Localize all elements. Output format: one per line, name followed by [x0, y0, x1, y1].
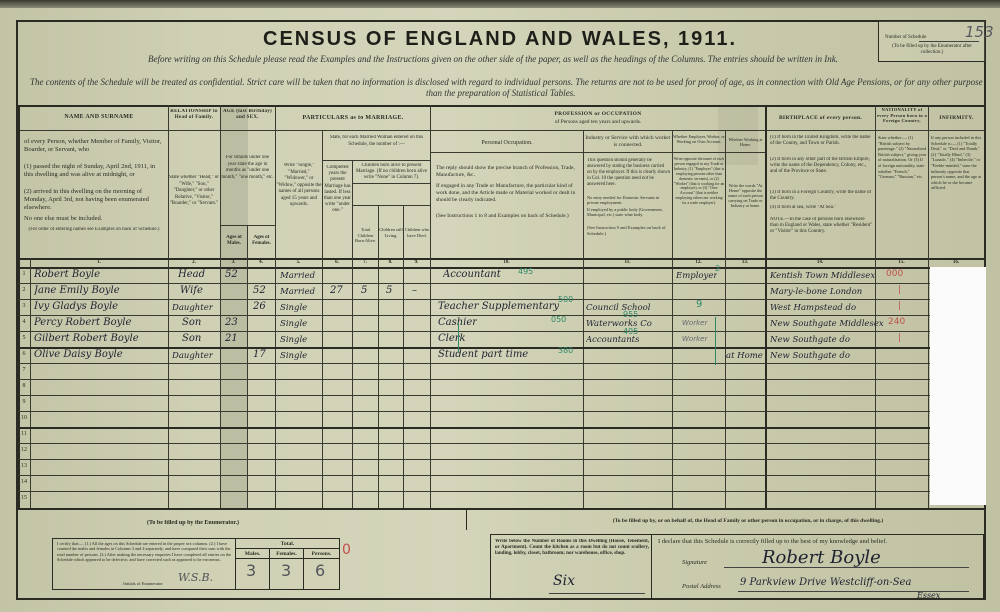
confidential-line-2: than the preparation of Statistical Tabl… — [426, 88, 575, 98]
header-birthplace-body-3: (3) If born in a Foreign Country, write … — [770, 190, 873, 202]
age-female: 52 — [253, 285, 266, 296]
postal-address: 9 Parkview Drive Westcliff-on-Sea — [740, 577, 911, 588]
industry: Council School — [586, 303, 650, 313]
birthplace-code: 240 — [888, 317, 905, 327]
address-label: Postal Address — [682, 583, 742, 591]
marital-status: Single — [280, 335, 307, 345]
scan-edge — [0, 0, 1000, 8]
occupation-code: 050 — [551, 315, 566, 324]
birthplace: New Southgate do — [770, 351, 850, 361]
person-name: Percy Robert Boyle — [34, 317, 131, 328]
age-female: 17 — [253, 349, 266, 360]
bottom-section: (To be filled up by the Enumerator.) I c… — [18, 510, 986, 598]
occupation-code: 500 — [558, 295, 573, 304]
header-industry-body-3: If employed by a public body (Government… — [587, 207, 670, 217]
census-table: NAME AND SURNAME of every Person, whethe… — [18, 105, 986, 510]
declaration-text: I declare that this Schedule is correctl… — [658, 538, 978, 546]
enumerator-initials: W.S.B. — [178, 571, 213, 584]
header-marriage-write: Write "Single," "Married," "Widower," or… — [276, 163, 322, 209]
industry: Accountants — [586, 335, 639, 345]
header-marriage-completed: Completed years the present Marriage has… — [323, 165, 352, 215]
person-name: Robert Boyle — [34, 269, 100, 280]
header-children-died: Children who have Died. — [404, 227, 430, 238]
header-relationship: RELATIONSHIP to Head of Family. — [169, 109, 219, 121]
females-label: Females. — [270, 551, 303, 558]
years-married: 27 — [330, 285, 343, 296]
signature: Robert Boyle — [762, 547, 881, 568]
relationship: Son — [182, 317, 201, 328]
relationship: Daughter — [172, 303, 213, 313]
employment-status: Worker — [682, 335, 707, 343]
occupation: Clerk — [438, 333, 466, 344]
person-name: Olive Daisy Boyle — [34, 349, 123, 360]
age-male: 52 — [225, 269, 238, 280]
header-nationality: NATIONALITY of every Person born in a Fo… — [876, 107, 928, 124]
children-born: 5 — [361, 285, 367, 296]
census-page: CENSUS OF ENGLAND AND WALES, 1911. Befor… — [0, 0, 1000, 612]
marital-status: Single — [280, 319, 307, 329]
header-name-body-4: No one else must be included. — [24, 215, 164, 223]
working-at-home: at Home — [726, 351, 763, 361]
schedule-number-note: (To be filled up by the Enumerator after… — [882, 44, 982, 56]
header-age-females: Ages of Females. — [248, 235, 275, 247]
header-children-total: Total Children Born Alive. — [353, 227, 378, 244]
header-infirmity: INFIRMITY. — [929, 115, 984, 123]
relationship: Daughter — [172, 351, 213, 361]
rooms-text: Write below the Number of Rooms in this … — [495, 539, 649, 557]
header-marriage-state: State, for each Married Woman entered on… — [323, 135, 430, 148]
header-personal-body-2: If engaged in any Trade or Manufacture, … — [436, 183, 581, 204]
instruction-line: Before writing on this Schedule please r… — [148, 54, 838, 64]
relationship: Son — [182, 333, 201, 344]
header-industry: Industry or Service with which worker is… — [584, 135, 672, 149]
occupation: Teacher Supplementary — [438, 301, 559, 312]
postal-address-county: Essex — [917, 591, 940, 600]
industry-code: 495 — [623, 327, 638, 336]
redaction-patch — [930, 267, 986, 505]
rooms-count: Six — [553, 573, 575, 589]
enumerator-heading: (To be filled up by the Enumerator.) — [118, 520, 268, 527]
header-children-living: Children still Living. — [379, 227, 403, 238]
header-occupation-subtitle: of Persons aged ten years and upwards. — [431, 119, 765, 127]
industry: Waterworks Co — [586, 319, 652, 329]
signature-label: Signature — [682, 559, 742, 567]
declaration-box: I declare that this Schedule is correctl… — [652, 534, 984, 600]
schedule-number-box: Number of Schedule 153 (To be filled up … — [878, 20, 986, 62]
marital-status: Married — [280, 271, 315, 281]
total-persons: 6 — [315, 561, 325, 580]
schedule-number-label: Number of Schedule — [885, 35, 926, 40]
header-name-body-2: (1) passed the night of Sunday, April 2n… — [24, 163, 164, 179]
person-name: Gilbert Robert Boyle — [34, 333, 139, 344]
employment-code: 2 — [715, 264, 720, 273]
total-females: 3 — [281, 561, 291, 580]
birthplace: West Hampstead do — [770, 303, 856, 313]
occupation-code: 495 — [518, 267, 533, 276]
header-name-body-3: (2) arrived in this dwelling on the morn… — [24, 188, 164, 212]
header-nationality-body: State whether:— (1) "British subject by … — [878, 135, 927, 180]
birthplace: Mary-le-bone London — [770, 287, 862, 297]
header-employer: Whether Employer, Worker, or Working on … — [673, 134, 725, 144]
children-living: 5 — [386, 285, 392, 296]
header-infirmity-body: If any person included in this Schedule … — [931, 135, 983, 191]
occupation: Student part time — [438, 349, 528, 360]
initials-label: Initials of Enumerator — [113, 581, 173, 587]
header-birthplace-body-1: (1) If born in the United Kingdom, write… — [770, 135, 873, 147]
birthplace-code: 000 — [886, 269, 903, 279]
header-age-males: Ages of Males. — [221, 235, 247, 247]
header-name: NAME AND SURNAME — [30, 114, 168, 122]
marital-status: Single — [280, 351, 307, 361]
header-birthplace: BIRTHPLACE of every person. — [766, 115, 875, 122]
page-title: CENSUS OF ENGLAND AND WALES, 1911. — [0, 28, 1000, 51]
header-home: Whether Working at Home. — [726, 137, 765, 147]
header-birthplace-note: NOTE.—In the case of persons born elsewh… — [770, 217, 873, 236]
persons-label: Persons. — [304, 551, 339, 558]
relationship: Head — [178, 269, 205, 280]
confidential-line-1: The contents of the Schedule will be tre… — [30, 77, 983, 87]
birthplace: New Southgate do — [770, 335, 850, 345]
males-label: Males. — [236, 551, 269, 558]
header-industry-body-1: This question should generally be answer… — [587, 158, 670, 188]
enumerator-certify: I certify that:— (1.) All the ages on th… — [57, 541, 232, 562]
header-personal-body-1: The reply should show the precise branch… — [436, 165, 581, 179]
birthplace: New Southgate Middlesex — [770, 319, 884, 329]
children-died: – — [412, 285, 417, 296]
header-employer-body: Write opposite the name of each person e… — [673, 157, 725, 206]
header-relationship-body: State whether "Head," or "Wife," "Son," … — [169, 175, 219, 208]
header-name-body-1: of every Person, whether Member of Famil… — [24, 138, 164, 154]
industry-code: 955 — [623, 310, 638, 319]
relationship: Wife — [180, 285, 203, 296]
employment-status: Worker — [682, 319, 707, 327]
employment-code: 9 — [696, 299, 702, 310]
employment-status: Employer — [676, 271, 717, 281]
age-male: 23 — [225, 317, 238, 328]
header-personal-occupation: Personal Occupation. — [431, 140, 583, 148]
schedule-number: 153 — [965, 23, 994, 41]
total-males: 3 — [246, 561, 256, 580]
header-marriage-children: Children born alive to present Marriage.… — [353, 163, 430, 182]
header-birthplace-body-4: (4) If born at sea, write "At Sea." — [770, 205, 873, 211]
occupation-code: 380 — [558, 346, 573, 355]
header-home-body: Write the words "At Home" opposite the n… — [726, 183, 765, 208]
age-male: 21 — [225, 333, 238, 344]
person-name: Ivy Gladys Boyle — [34, 301, 118, 312]
age-female: 26 — [253, 301, 266, 312]
rooms-box: Write below the Number of Rooms in this … — [490, 534, 652, 600]
header-name-body-5: (For order of entering names see Example… — [24, 227, 164, 233]
enumerator-box: I certify that:— (1.) All the ages on th… — [52, 538, 340, 590]
household-heading: (To be filled up by, or on behalf of, th… — [513, 518, 983, 525]
header-industry-body-4: (See Instruction 9 and Examples on back … — [587, 225, 670, 236]
header-birthplace-body-2: (2) If born in any other part of the Bri… — [770, 157, 873, 176]
marital-status: Single — [280, 303, 307, 313]
header-marriage: PARTICULARS as to MARRIAGE. — [276, 115, 430, 123]
header-personal-body-3: (See Instructions 1 to 8 and Examples on… — [436, 213, 581, 220]
header-occupation: PROFESSION or OCCUPATION — [431, 111, 765, 119]
header-age: AGE (last Birthday) and SEX. — [221, 109, 274, 121]
occupation: Accountant — [443, 269, 501, 280]
header-age-body: For Infants under one year state the age… — [221, 155, 274, 181]
birthplace: Kentish Town Middlesex — [770, 271, 875, 281]
header-industry-body-2: No entry needed for Domestic Servants in… — [587, 195, 670, 205]
person-name: Jane Emily Boyle — [34, 285, 120, 296]
marital-status: Married — [280, 287, 315, 297]
total-label: Total. — [236, 541, 339, 548]
